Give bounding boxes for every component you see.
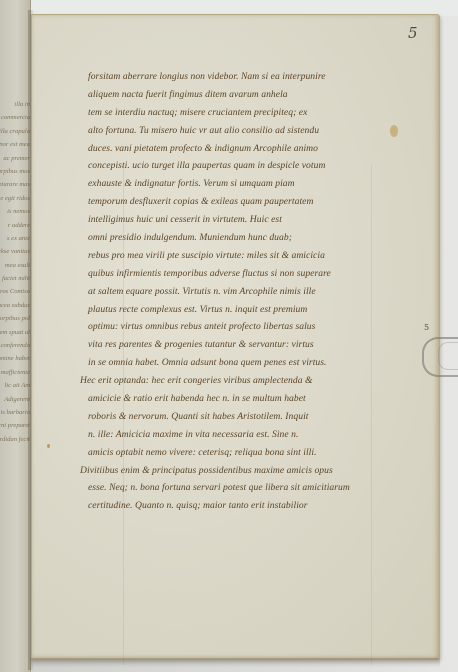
text-line: alto fortuna. Tu misero huic vr aut alio… [88,122,350,140]
previous-page-line: bros Comiso [0,285,30,298]
page-bottom-shadow [30,658,440,668]
previous-page-line: ancea subdus [0,299,30,312]
previous-page-line: verni preparet [0,419,30,432]
previous-page-line: illa in [0,98,30,111]
text-line: exhauste & indignatur fortis. Verum si u… [88,175,350,193]
previous-page-edge: illa in ia commercia illa crapula nor es… [0,0,31,672]
previous-page-line: r addere [0,219,30,232]
text-line: plautus recte complexus est. Virtus n. i… [88,301,350,319]
previous-page-text: illa in ia commercia illa crapula nor es… [0,98,30,446]
previous-page-line: faciet mihi [0,272,30,285]
previous-page-line: lic ait Am [0,379,30,392]
previous-page-line: ickse vanitas [0,245,30,258]
text-line: esse. Neq; n. bona fortuna servari potes… [88,479,350,497]
text-line: vita res parentes & progenies tutantur &… [88,336,350,354]
text-line: aliquem nacta fuerit fingimus ditem avar… [88,86,350,104]
previous-page-line: Verdidan fecit [0,433,30,446]
text-line: concepisti. ucio turget illa paupertas q… [88,157,350,175]
text-line-paragraph-start: Hec erit optanda: hec erit congeries vir… [80,372,350,390]
previous-page-line: mea esuli [0,259,30,272]
previous-page-line: in conferendo [0,339,30,352]
previous-page-line: adomine habet [0,352,30,365]
text-line: certitudine. Quanto n. quisq; maior tant… [88,497,350,515]
previous-page-line: ia commercia [0,111,30,124]
ruling-line-right [371,165,372,665]
text-line: intelligimus huic uni cesserit in virtut… [88,211,350,229]
previous-page-line: nor est mea [0,138,30,151]
previous-page-line: mafficiente [0,366,30,379]
text-line: amicicie & ratio erit habenda hec n. in … [88,390,350,408]
text-line: rebus pro mea virili pte suscipio virtut… [88,247,350,265]
previous-page-line: is barbario [0,406,30,419]
text-line: amicis optabit nemo vivere: ceterisq; re… [88,444,350,462]
text-line: in se omnia habet. Omnia adsunt bona que… [88,354,350,372]
text-line: forsitam aberrare longius non videbor. N… [88,68,350,86]
text-line: optimu: virtus omnibus rebus anteit prof… [88,318,350,336]
previous-page-line: nte egit ridos [0,192,30,205]
text-line: at saltem equare possit. Virtutis n. vim… [88,283,350,301]
text-line: roboris & nervorum. Quanti sit habes Ari… [88,408,350,426]
text-line: quibus infirmientis temporibus adverse f… [88,265,350,283]
foxing-stain [390,125,398,137]
previous-page-line: s ex ante [0,232,30,245]
previous-page-line: orpibus pol [0,312,30,325]
foxing-stain [47,444,50,448]
folio-number: 5 [408,24,418,42]
previous-page-line: em spuat al [0,326,30,339]
margin-pencil-mark: 5 [424,323,429,332]
previous-page-line: turpibus mos [0,165,30,178]
previous-page-line: ac premer [0,152,30,165]
text-line-paragraph-start: Divitiibus enim & principatus possidenti… [80,462,350,480]
previous-page-line: Adigerent [0,393,30,406]
paperclip-inner-loop [438,342,458,370]
previous-page-line: abiurare mas [0,178,30,191]
text-line: temporum desfluxerit copias & exileas qu… [88,193,350,211]
text-line: duces. vani pietatem profecto & indignum… [88,140,350,158]
text-line: n. ille: Amicicia maxime in vita necessa… [88,426,350,444]
previous-page-line: is nemos [0,205,30,218]
text-line: omni presidio indulgendum. Muniendum hun… [88,229,350,247]
previous-page-line: illa crapula [0,125,30,138]
text-line: tem se interdiu nactuq; misere cruciante… [88,104,350,122]
manuscript-text-block: forsitam aberrare longius non videbor. N… [88,68,350,515]
